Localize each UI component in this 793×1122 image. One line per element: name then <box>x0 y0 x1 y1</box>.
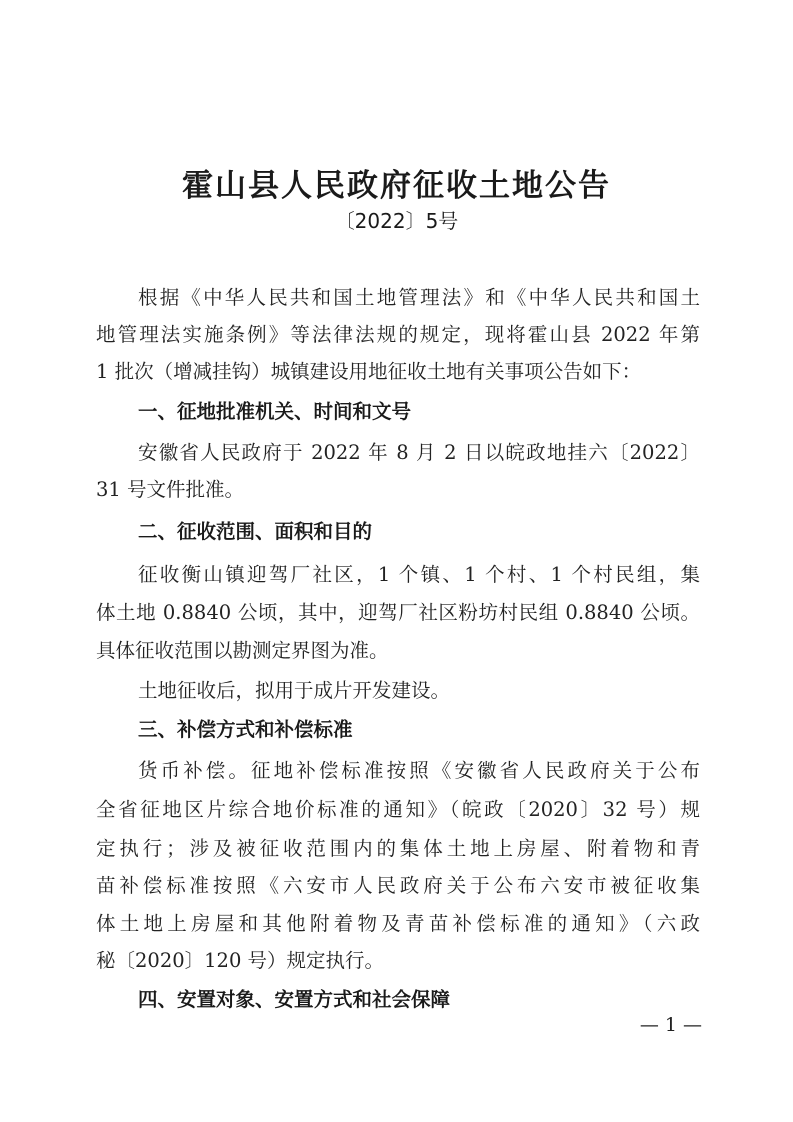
section-3-line-2: 全省征地区片综合地价标准的通知》（皖政〔2020〕32 号）规 <box>96 796 700 824</box>
section-3-line-1: 货币补偿。征地补偿标准按照《安徽省人民政府关于公布 <box>138 757 700 785</box>
section-2-line-1: 征收衡山镇迎驾厂社区，1 个镇、1 个村、1 个村民组，集 <box>138 561 700 589</box>
section-2-line-4: 土地征收后，拟用于成片开发建设。 <box>138 677 700 705</box>
document-title: 霍山县人民政府征收土地公告 <box>0 160 793 205</box>
section-heading-2: 二、征收范围、面积和目的 <box>138 518 372 546</box>
section-2-line-3: 具体征收范围以勘测定界图为准。 <box>96 637 700 665</box>
document-number: 〔2022〕5号 <box>0 205 793 234</box>
page-number: — 1 — <box>612 1014 702 1036</box>
section-heading-4: 四、安置对象、安置方式和社会保障 <box>138 986 450 1014</box>
section-3-line-6: 秘〔2020〕120 号）规定执行。 <box>96 947 700 975</box>
section-heading-1: 一、征地批准机关、时间和文号 <box>138 398 411 426</box>
document-page: 霍山县人民政府征收土地公告 〔2022〕5号 根据《中华人民共和国土地管理法》和… <box>0 0 793 1122</box>
section-3-line-3: 定执行；涉及被征收范围内的集体土地上房屋、附着物和青 <box>96 835 700 863</box>
intro-line-2: 地管理法实施条例》等法律法规的规定，现将霍山县 2022 年第 <box>96 321 700 349</box>
section-2-line-2: 体土地 0.8840 公顷，其中，迎驾厂社区粉坊村民组 0.8840 公顷。 <box>96 599 700 627</box>
section-heading-3: 三、补偿方式和补偿标准 <box>138 716 353 744</box>
section-3-line-5: 体土地上房屋和其他附着物及青苗补偿标准的通知》（六政 <box>96 910 700 938</box>
section-1-line-2: 31 号文件批准。 <box>96 476 700 504</box>
intro-line-3: 1 批次（增减挂钩）城镇建设用地征收土地有关事项公告如下： <box>96 358 700 386</box>
section-1-line-1: 安徽省人民政府于 2022 年 8 月 2 日以皖政地挂六〔2022〕 <box>138 439 700 467</box>
section-3-line-4: 苗补偿标准按照《六安市人民政府关于公布六安市被征收集 <box>96 872 700 900</box>
intro-line-1: 根据《中华人民共和国土地管理法》和《中华人民共和国土 <box>138 284 700 312</box>
